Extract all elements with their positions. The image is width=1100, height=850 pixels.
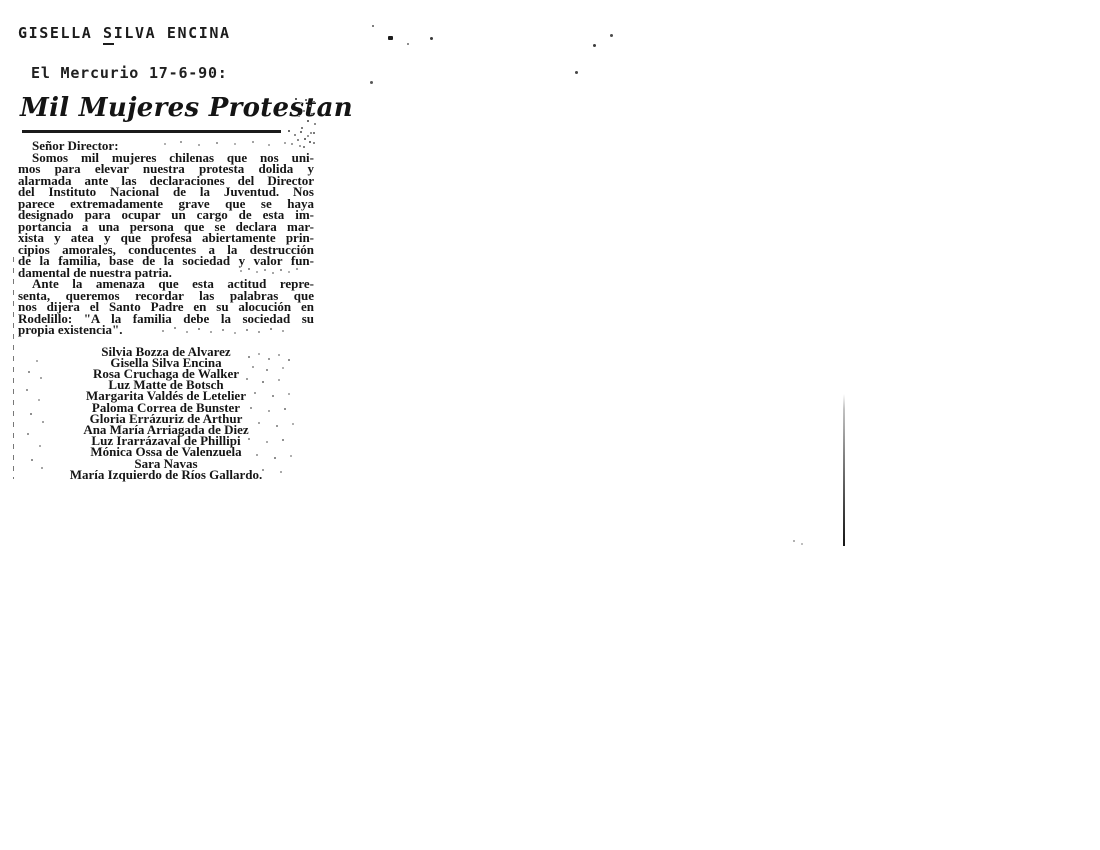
signatory-name: María Izquierdo de Ríos Gallardo. xyxy=(18,469,314,480)
scan-speck xyxy=(430,37,433,40)
owner-name-underlined-letter: S xyxy=(103,24,114,45)
scan-speck xyxy=(407,43,409,45)
owner-name-part3: ILVA ENCINA xyxy=(114,24,231,42)
scan-noise xyxy=(24,355,26,357)
scan-speck xyxy=(801,543,803,545)
scan-speck xyxy=(370,81,373,84)
scan-noise xyxy=(232,267,234,269)
source-citation: El Mercurio 17-6-90: xyxy=(31,64,228,82)
scan-speck xyxy=(610,34,613,37)
scan-scratch-line xyxy=(843,394,845,546)
scan-noise xyxy=(293,96,295,98)
signatories-list: Silvia Bozza de AlvarezGisella Silva Enc… xyxy=(18,346,314,480)
annotation-owner-name: GISELLA SILVA ENCINA xyxy=(18,24,231,42)
scan-noise xyxy=(150,141,152,143)
clipping-left-edge xyxy=(13,257,14,479)
scan-speck xyxy=(593,44,596,47)
paragraph-line: propia existencia". xyxy=(18,324,314,336)
letter-column: Señor Director: Somos mil mujeres chilen… xyxy=(18,140,314,480)
scan-speck xyxy=(388,36,393,40)
scan-speck xyxy=(372,25,374,27)
scan-noise xyxy=(152,327,154,329)
scanned-document-page: GISELLA SILVA ENCINA El Mercurio 17-6-90… xyxy=(0,0,1100,850)
paragraph-1: Somos mil mujeres chilenas que nos uni-m… xyxy=(18,152,314,279)
scan-noise xyxy=(238,352,240,354)
scan-speck xyxy=(793,540,795,542)
owner-name-part1: GISELLA xyxy=(18,24,103,42)
scan-speck xyxy=(575,71,578,74)
paragraph-2: Ante la amenaza que esta actitud repre-s… xyxy=(18,278,314,336)
scan-noise xyxy=(285,128,287,130)
headline-underline-rule xyxy=(22,130,281,133)
headline: Mil Mujeres Protestan xyxy=(20,93,353,123)
